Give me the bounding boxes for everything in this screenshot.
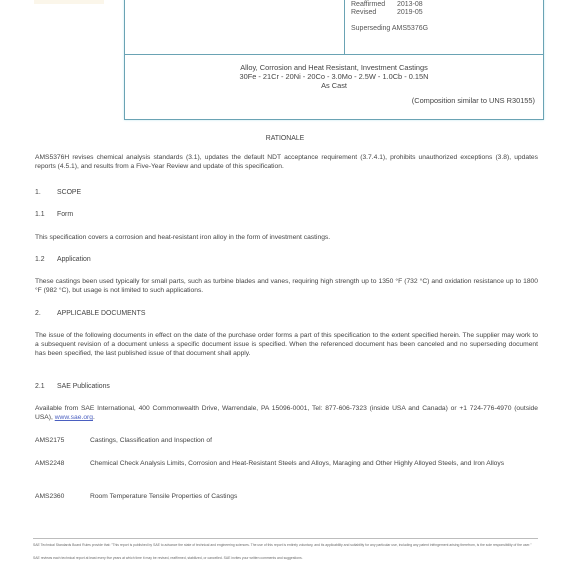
header-divider [344,0,345,55]
reference-row: AMS2175 Castings, Classification and Ins… [35,436,538,445]
title-line-3: As Cast [125,81,543,90]
applicable-docs-text: The issue of the following documents in … [35,331,538,359]
section-sae-publications-heading: 2.1SAE Publications [35,383,110,390]
sentence-end: . [93,414,95,421]
revised-label: Revised [351,9,397,17]
section-scope-heading: 1.SCOPE [35,189,81,196]
section-number: 2. [35,310,57,317]
section-title: Application [57,256,91,263]
rationale-text: AMS5376H revises chemical analysis stand… [35,153,538,171]
sae-address-text: Available from SAE International, 400 Co… [35,405,538,421]
reference-description: Castings, Classification and Inspection … [90,436,538,445]
reference-code: AMS2248 [35,459,90,468]
footer-notice-1: SAE Technical Standards Board Rules prov… [33,543,538,547]
section-form-heading: 1.1Form [35,211,73,218]
composition-note: (Composition similar to UNS R30155) [412,96,535,105]
reaffirmed-row: Reaffirmed 2013-08 [351,1,428,9]
revision-info: Reaffirmed 2013-08 Revised 2019-05 Super… [351,1,428,33]
reference-row: AMS2248 Chemical Check Analysis Limits, … [35,459,538,468]
superseding-note: Superseding AMS5376G [351,25,428,33]
sae-website-link[interactable]: www.sae.org [55,414,93,421]
revised-date: 2019-05 [397,9,423,17]
section-number: 1.1 [35,211,57,218]
form-text: This specification covers a corrosion an… [35,233,538,242]
rationale-heading: RATIONALE [0,135,570,142]
section-number: 2.1 [35,383,57,390]
section-application-heading: 1.2Application [35,256,91,263]
revised-row: Revised 2019-05 [351,9,428,17]
reference-row: AMS2360 Room Temperature Tensile Propert… [35,492,538,501]
reference-description: Room Temperature Tensile Properties of C… [90,492,538,501]
section-title: APPLICABLE DOCUMENTS [57,310,145,317]
reaffirmed-date: 2013-08 [397,1,423,9]
section-number: 1. [35,189,57,196]
application-text: These castings been used typically for s… [35,277,538,295]
reference-description: Chemical Check Analysis Limits, Corrosio… [90,459,538,468]
footer-divider [33,538,538,539]
document-header-box: Reaffirmed 2013-08 Revised 2019-05 Super… [124,0,544,120]
section-title: Form [57,211,73,218]
document-title: Alloy, Corrosion and Heat Resistant, Inv… [125,63,543,90]
section-number: 1.2 [35,256,57,263]
section-title: SAE Publications [57,383,110,390]
section-applicable-docs-heading: 2.APPLICABLE DOCUMENTS [35,310,145,317]
document-page: Reaffirmed 2013-08 Revised 2019-05 Super… [0,0,570,570]
section-title: SCOPE [57,189,81,196]
header-top-section [125,0,543,55]
reference-code: AMS2360 [35,492,90,501]
reaffirmed-label: Reaffirmed [351,1,397,9]
logo-fragment [34,0,104,4]
title-line-2: 30Fe - 21Cr - 20Ni - 20Co - 3.0Mo - 2.5W… [125,72,543,81]
title-line-1: Alloy, Corrosion and Heat Resistant, Inv… [125,63,543,72]
footer-notice-2: SAE reviews each technical report at lea… [33,556,538,560]
sae-publications-text: Available from SAE International, 400 Co… [35,404,538,422]
reference-code: AMS2175 [35,436,90,445]
